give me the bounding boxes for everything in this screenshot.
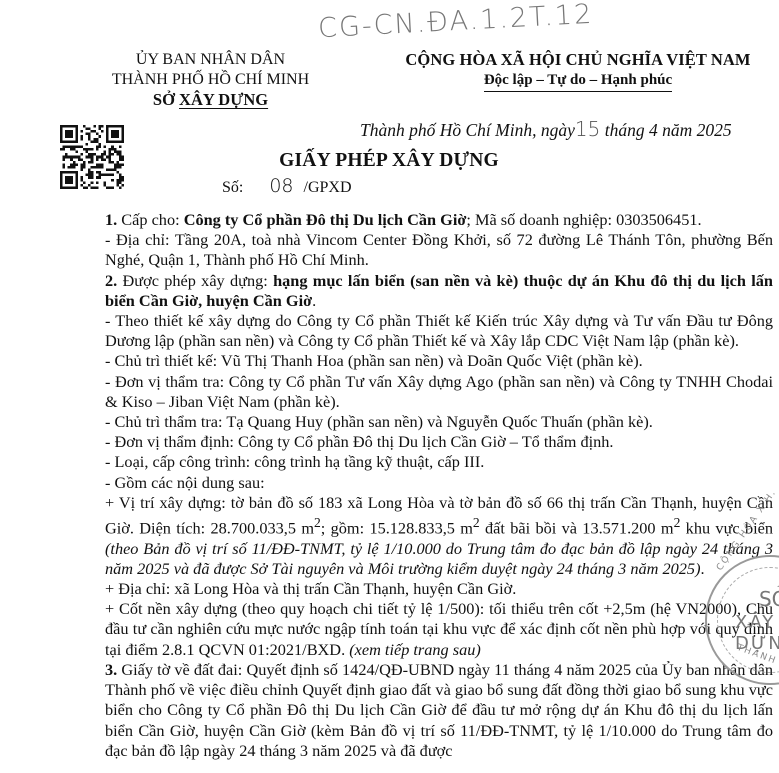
detail-line: - Đơn vị thẩm tra: Công ty Cổ phần Tư vấ… [105,372,773,412]
issuer-header: ỦY BAN NHÂN DÂN THÀNH PHỐ HỒ CHÍ MINH SỞ… [98,50,323,110]
punct: . [312,291,316,310]
section-number: 3. [105,660,117,679]
date-day-handwritten: 15 [575,117,600,141]
qr-code-icon [60,125,124,189]
issue-date: Thành phố Hồ Chí Minh, ngày15 tháng 4 nă… [360,117,732,141]
section-label: Được phép xây dựng: [117,271,273,290]
handwritten-code: CG-CN.ĐA.1.2T.12 [317,0,594,44]
detail-line: - Chủ trì thiết kế: Vũ Thị Thanh Hoa (ph… [105,351,773,371]
detail-line: - Đơn vị thẩm định: Công ty Cổ phần Đô t… [105,432,773,452]
elevation-line: + Cốt nền xây dựng (theo quy hoạch chi t… [105,599,773,660]
section-label: Cấp cho: [117,210,183,229]
permit-number-value: 08 [269,175,293,197]
section-number: 2. [105,271,117,290]
nation-name: CỘNG HÒA XÃ HỘI CHỦ NGHĨA VIỆT NAM [378,50,778,70]
site-address: + Địa chỉ: xã Long Hòa và thị trấn Cần T… [105,579,773,599]
sup: 2 [314,515,321,530]
document-title: GIẤY PHÉP XÂY DỰNG [200,150,578,172]
section-1: 1. Cấp cho: Công ty Cổ phần Đô thị Du lị… [105,210,773,230]
issuer-org-prefix: SỞ [153,90,179,109]
detail-line: - Gồm các nội dung sau: [105,473,773,493]
business-code: ; Mã số doanh nghiệp: 0303506451. [466,210,701,229]
punct: . [701,559,705,578]
date-suffix: tháng 4 năm 2025 [600,120,731,140]
seal-center-1: SỞ [759,587,779,611]
sup: 2 [473,515,480,530]
issuer-line1: ỦY BAN NHÂN DÂN [98,50,323,70]
section-2-details: - Theo thiết kế xây dựng do Công ty Cổ p… [105,311,773,493]
detail-line: - Chủ trì thẩm tra: Tạ Quang Huy (phần s… [105,412,773,432]
location-text: ; gồm: 15.128.833,5 m [321,518,473,537]
date-prefix: Thành phố Hồ Chí Minh, ngày [360,120,575,140]
nation-header: CỘNG HÒA XÃ HỘI CHỦ NGHĨA VIỆT NAM Độc l… [378,50,778,92]
issuer-line2: THÀNH PHỐ HỒ CHÍ MINH [98,70,323,90]
location-line: + Vị trí xây dựng: tờ bản đồ số 183 xã L… [105,493,773,579]
permit-number-suffix: /GPXD [304,179,352,196]
location-text: đất bãi bồi và 13.571.200 m [480,518,674,537]
permit-number-label: Số: [222,179,243,196]
location-reference: (theo Bản đồ vị trí số 11/ĐĐ-TNMT, tỷ lệ… [105,539,773,578]
continued-note: (xem tiếp trang sau) [349,640,481,659]
section-3: 3. Giấy tờ về đất đai: Quyết định số 142… [105,660,773,761]
detail-line: - Theo thiết kế xây dựng do Công ty Cổ p… [105,311,773,351]
issuer-org-name: XÂY DỰNG [179,90,268,109]
issuer-org: SỞ XÂY DỰNG [98,90,323,110]
grantee-name: Công ty Cổ phần Đô thị Du lịch Cần Giờ [184,210,467,229]
document-body: 1. Cấp cho: Công ty Cổ phần Đô thị Du lị… [105,210,773,761]
grantee-address: - Địa chỉ: Tầng 20A, toà nhà Vincom Cent… [105,230,773,270]
section-number: 1. [105,210,117,229]
section-3-text: Giấy tờ về đất đai: Quyết định số 1424/Q… [105,660,773,760]
detail-line: - Loại, cấp công trình: công trình hạ tầ… [105,452,773,472]
permit-number: Số:08/GPXD [222,175,352,197]
nation-motto: Độc lập – Tự do – Hạnh phúc [484,70,672,92]
section-2: 2. Được phép xây dựng: hạng mục lấn biển… [105,271,773,311]
